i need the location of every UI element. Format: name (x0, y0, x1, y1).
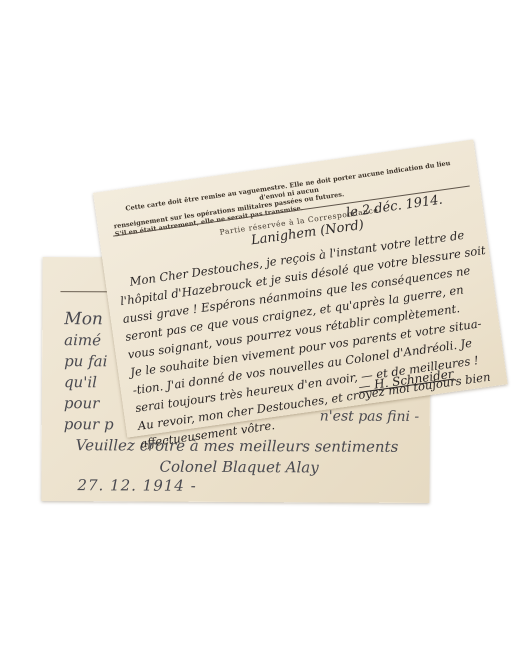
back-card-date: 27. 12. 1914 - (77, 476, 196, 495)
front-card-handwriting: Mon Cher Destouches, je reçois à l'insta… (117, 223, 507, 453)
front-postcard: Cette carte doit être remise au vaguemes… (93, 140, 508, 438)
back-card-signature: Colonel Blaquet Alay (159, 458, 318, 477)
